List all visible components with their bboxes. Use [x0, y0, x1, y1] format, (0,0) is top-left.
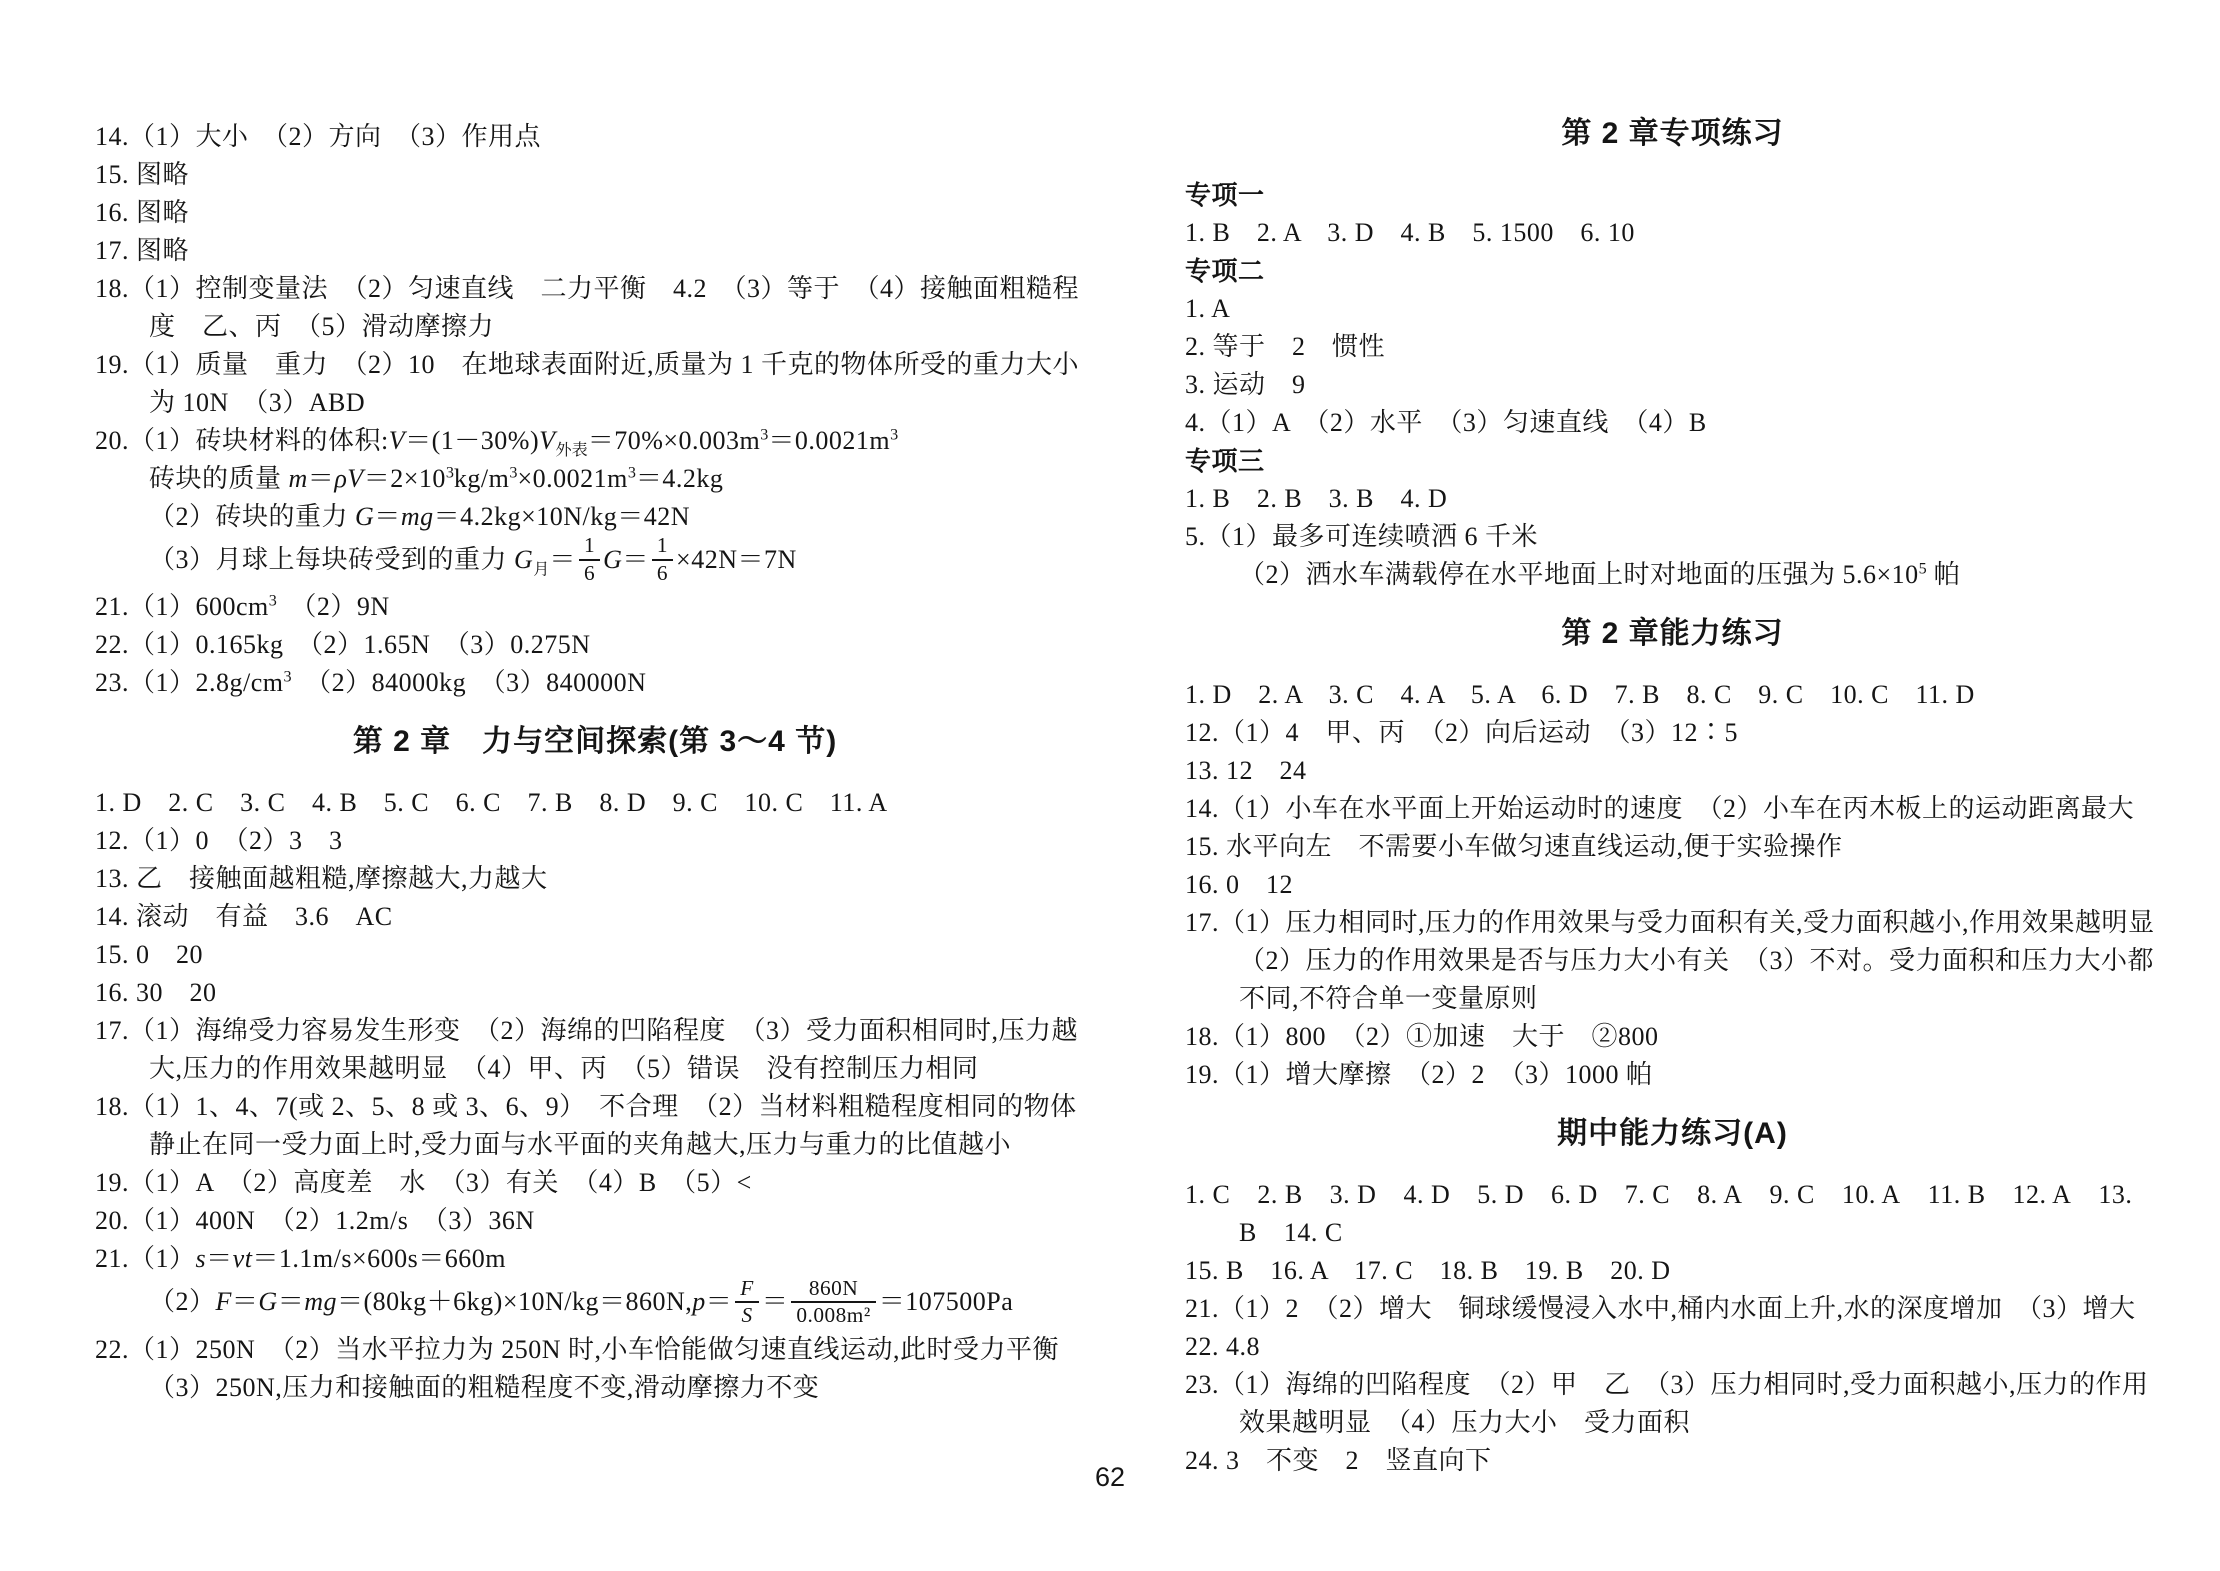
math-variable: p: [692, 1287, 706, 1316]
answer-line: 16. 30 20: [95, 974, 1095, 1012]
section-heading: 第 2 章专项练习: [1185, 114, 2160, 154]
answer-line: 18.（1）1、4、7(或 2、5、8 或 3、6、9） 不合理 （2）当材料粗…: [95, 1088, 1095, 1164]
superscript: 3: [890, 426, 898, 443]
answer-line: 17.（1）海绵受力容易发生形变 （2）海绵的凹陷程度 （3）受力面积相同时,压…: [95, 1012, 1095, 1088]
fraction: 860N0.008m²: [791, 1276, 875, 1328]
answer-line: 23.（1）海绵的凹陷程度 （2）甲 乙 （3）压力相同时,受力面积越小,压力的…: [1185, 1366, 2160, 1442]
answer-line: 1. D 2. A 3. C 4. A 5. A 6. D 7. B 8. C …: [1185, 676, 2160, 714]
answer-line: 1. B 2. A 3. D 4. B 5. 1500 6. 10: [1185, 214, 2160, 252]
answer-line: 22.（1）0.165kg （2）1.65N （3）0.275N: [95, 626, 1095, 664]
fraction-numerator: 860N: [791, 1276, 875, 1303]
subsection-heading: 专项二: [1185, 252, 2160, 290]
left-column: 14.（1）大小 （2）方向 （3）作用点15. 图略16. 图略17. 图略1…: [95, 118, 1095, 1407]
answer-line: 19.（1）质量 重力 （2）10 在地球表面附近,质量为 1 千克的物体所受的…: [95, 346, 1095, 422]
answer-line: 17.（1）压力相同时,压力的作用效果与受力面积有关,受力面积越小,作用效果越明…: [1185, 904, 2160, 1018]
math-variable: s: [196, 1244, 207, 1273]
answer-line: （3）月球上每块砖受到的重力 G月＝16G＝16×42N＝7N: [95, 536, 1095, 588]
answer-line: 14.（1）大小 （2）方向 （3）作用点: [95, 118, 1095, 156]
answer-line: 21.（1）2 （2）增大 铜球缓慢浸入水中,桶内水面上升,水的深度增加 （3）…: [1185, 1290, 2160, 1328]
math-variable: F: [216, 1287, 232, 1316]
answer-line: 1. A: [1185, 290, 2160, 328]
answer-line: （2）洒水车满载停在水平地面上时对地面的压强为 5.6×105 帕: [1185, 556, 2160, 594]
answer-line: 3. 运动 9: [1185, 366, 2160, 404]
answer-line: 13. 乙 接触面越粗糙,摩擦越大,力越大: [95, 860, 1095, 898]
fraction-denominator: S: [735, 1303, 759, 1328]
answer-line: 19.（1）增大摩擦 （2）2 （3）1000 帕: [1185, 1056, 2160, 1094]
answer-line: （2）F＝G＝mg＝(80kg＋6kg)×10N/kg＝860N,p＝FS＝86…: [95, 1278, 1095, 1330]
answer-line: 21.（1）600cm3 （2）9N: [95, 588, 1095, 626]
superscript: 3: [446, 464, 454, 481]
subsection-heading: 专项一: [1185, 176, 2160, 214]
answer-line: 1. B 2. B 3. B 4. D: [1185, 480, 2160, 518]
answer-line: 16. 0 12: [1185, 866, 2160, 904]
section-heading: 第 2 章 力与空间探索(第 3～4 节): [95, 722, 1095, 762]
math-variable: V: [389, 426, 405, 455]
answer-key-page: 14.（1）大小 （2）方向 （3）作用点15. 图略16. 图略17. 图略1…: [0, 0, 2220, 1571]
math-variable: ρV: [334, 464, 363, 493]
answer-line: 15. 图略: [95, 156, 1095, 194]
answer-line: 16. 图略: [95, 194, 1095, 232]
answer-line: 1. D 2. C 3. C 4. B 5. C 6. C 7. B 8. D …: [95, 784, 1095, 822]
math-variable: mg: [401, 502, 434, 531]
math-variable: V: [539, 426, 555, 455]
answer-line: 18.（1）控制变量法 （2）匀速直线 二力平衡 4.2 （3）等于 （4）接触…: [95, 270, 1095, 346]
answer-line: 23.（1）2.8g/cm3 （2）84000kg （3）840000N: [95, 664, 1095, 702]
page-number: 62: [0, 1462, 2220, 1493]
subsection-heading: 专项三: [1185, 442, 2160, 480]
answer-line: 20.（1）400N （2）1.2m/s （3）36N: [95, 1202, 1095, 1240]
answer-line: 19.（1）A （2）高度差 水 （3）有关 （4）B （5）<: [95, 1164, 1095, 1202]
answer-line: 2. 等于 2 惯性: [1185, 328, 2160, 366]
subscript: 月: [533, 561, 549, 578]
fraction: 16: [652, 533, 673, 585]
section-heading: 第 2 章能力练习: [1185, 614, 2160, 654]
math-variable: mg: [304, 1287, 337, 1316]
math-variable: G: [603, 545, 622, 574]
superscript: 3: [509, 464, 517, 481]
fraction-numerator: 1: [652, 533, 673, 560]
fraction: 16: [579, 533, 600, 585]
right-column: 第 2 章专项练习专项一1. B 2. A 3. D 4. B 5. 1500 …: [1185, 94, 2160, 1480]
fraction-numerator: 1: [579, 533, 600, 560]
fraction-denominator: 0.008m²: [791, 1303, 875, 1328]
answer-line: 18.（1）800 （2）①加速 大于 ②800: [1185, 1018, 2160, 1056]
answer-line: 17. 图略: [95, 232, 1095, 270]
answer-line: 13. 12 24: [1185, 752, 2160, 790]
superscript: 3: [628, 464, 636, 481]
answer-line: 14.（1）小车在水平面上开始运动时的速度 （2）小车在丙木板上的运动距离最大: [1185, 790, 2160, 828]
answer-line: （2）砖块的重力 G＝mg＝4.2kg×10N/kg＝42N: [95, 498, 1095, 536]
math-variable: vt: [233, 1244, 253, 1273]
fraction-denominator: 6: [579, 561, 600, 586]
fraction-denominator: 6: [652, 561, 673, 586]
superscript: 3: [284, 669, 292, 686]
math-variable: G: [514, 545, 533, 574]
fraction-numerator: F: [735, 1276, 759, 1303]
answer-line: 15. B 16. A 17. C 18. B 19. B 20. D: [1185, 1252, 2160, 1290]
superscript: 3: [760, 426, 768, 443]
fraction: FS: [735, 1276, 759, 1328]
answer-line: 12.（1）0 （2）3 3: [95, 822, 1095, 860]
answer-line: 15. 0 20: [95, 936, 1095, 974]
math-variable: G: [355, 502, 374, 531]
answer-line: 14. 滚动 有益 3.6 AC: [95, 898, 1095, 936]
answer-line: 12.（1）4 甲、丙 （2）向后运动 （3）12∶5: [1185, 714, 2160, 752]
answer-line: 22.（1）250N （2）当水平拉力为 250N 时,小车恰能做匀速直线运动,…: [95, 1331, 1095, 1407]
subscript: 外表: [556, 442, 588, 459]
math-variable: m: [289, 464, 308, 493]
answer-line: 5.（1）最多可连续喷洒 6 千米: [1185, 518, 2160, 556]
answer-line: 20.（1）砖块材料的体积:V＝(1－30%)V外表＝70%×0.003m3＝0…: [95, 422, 1095, 460]
answer-line: 22. 4.8: [1185, 1328, 2160, 1366]
answer-line: 4.（1）A （2）水平 （3）匀速直线 （4）B: [1185, 404, 2160, 442]
answer-line: 1. C 2. B 3. D 4. D 5. D 6. D 7. C 8. A …: [1185, 1176, 2160, 1252]
answer-line: 15. 水平向左 不需要小车做匀速直线运动,便于实验操作: [1185, 828, 2160, 866]
answer-line: 21.（1）s＝vt＝1.1m/s×600s＝660m: [95, 1240, 1095, 1278]
superscript: 5: [1919, 560, 1927, 577]
section-heading: 期中能力练习(A): [1185, 1114, 2160, 1154]
math-variable: G: [258, 1287, 277, 1316]
answer-line: 砖块的质量 m＝ρV＝2×103kg/m3×0.0021m3＝4.2kg: [95, 460, 1095, 498]
superscript: 3: [269, 593, 277, 610]
